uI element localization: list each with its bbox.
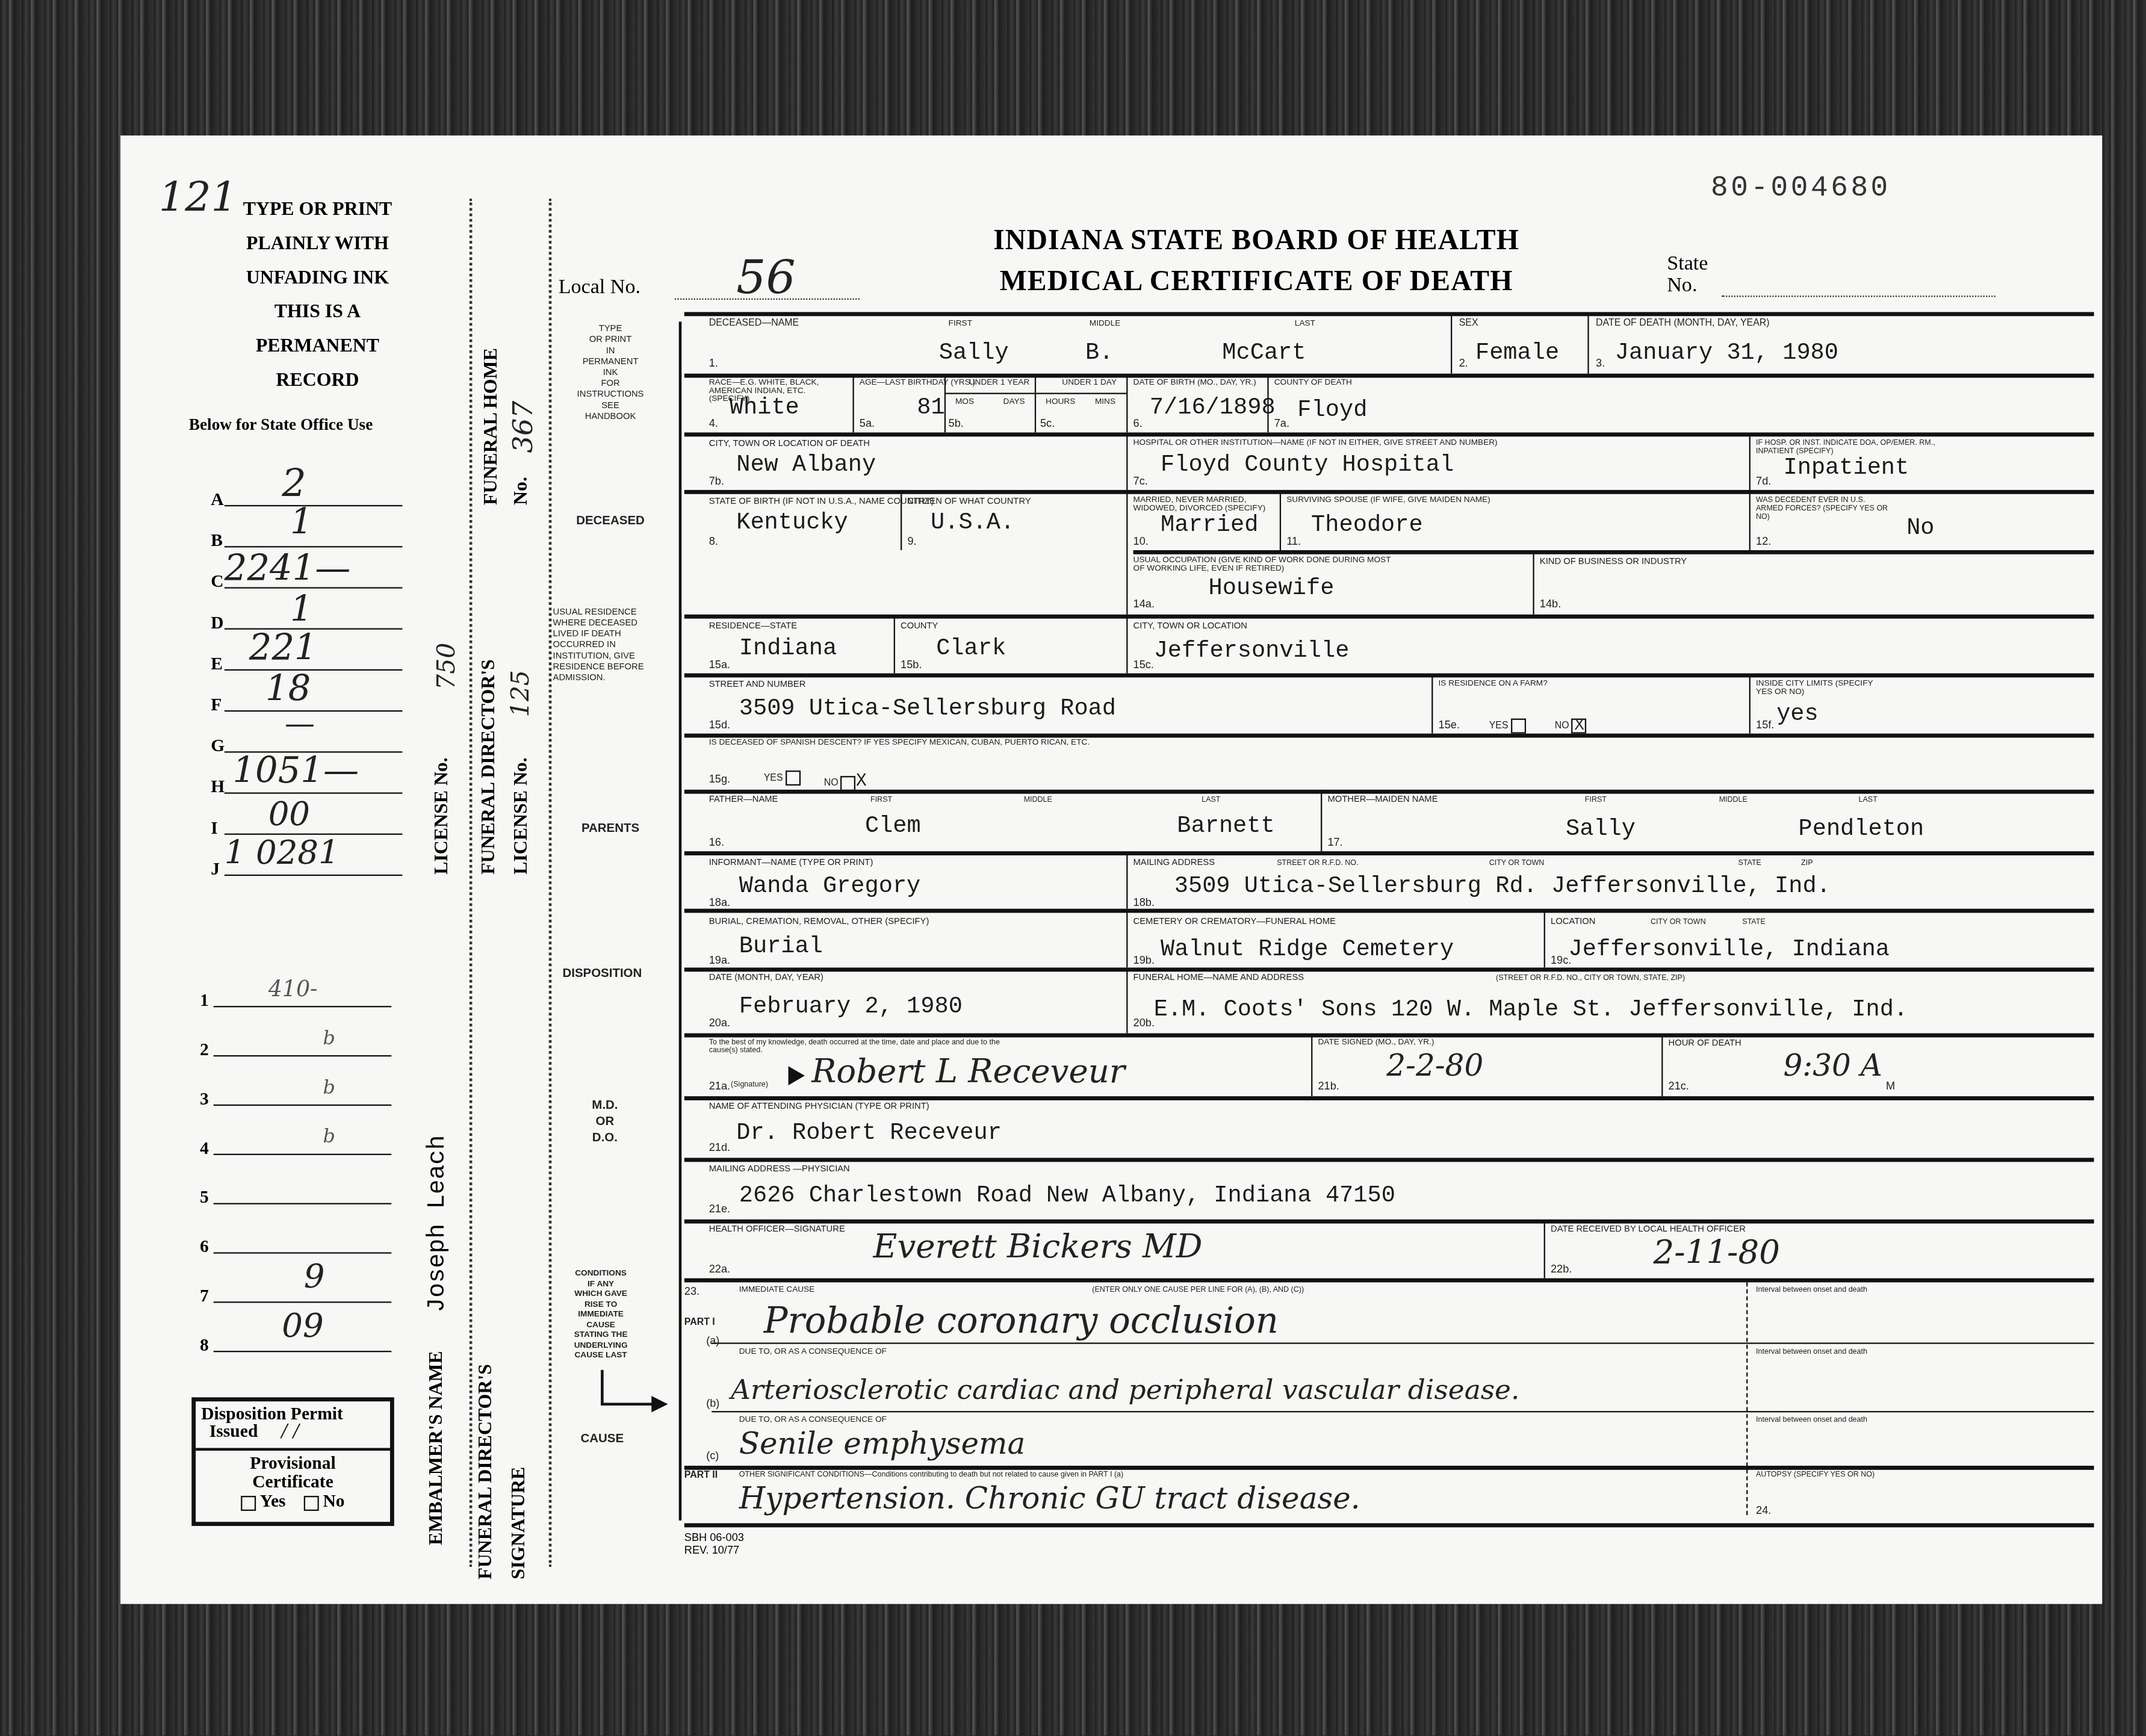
divider	[1661, 1036, 1663, 1096]
state-office-label: Below for State Office Use	[189, 415, 373, 435]
no-label: NO	[824, 779, 839, 789]
father-first-name[interactable]: Clem	[865, 814, 921, 840]
rule	[684, 1034, 2094, 1038]
label-line: FOR	[556, 379, 665, 390]
code-key: A	[211, 489, 223, 510]
num-key: 1	[200, 990, 209, 1011]
funeral-home-no-label: No.	[512, 477, 533, 505]
field-num: 15d.	[709, 719, 730, 731]
fd-license-label: FUNERAL DIRECTOR'S	[479, 659, 501, 875]
field-num: 7d.	[1756, 475, 1771, 487]
divider	[1280, 492, 1281, 550]
arrow-right-icon	[651, 1396, 668, 1412]
mos-label: MOS	[955, 398, 974, 407]
field-num: 1.	[709, 357, 718, 369]
interval-divider	[1746, 1282, 1749, 1515]
state-label: State	[1667, 253, 1708, 275]
other-conditions-value[interactable]: Hypertension. Chronic GU tract disease.	[739, 1482, 1360, 1516]
form-left-border	[679, 321, 682, 1521]
res-state-label: RESIDENCE—STATE	[709, 621, 797, 631]
divider	[1321, 792, 1322, 851]
provisional-yes-checkbox[interactable]	[241, 1495, 256, 1510]
code-value: 00	[268, 795, 310, 834]
date-of-death-value[interactable]: January 31, 1980	[1615, 341, 1838, 367]
certificate-label: Certificate	[196, 1472, 390, 1492]
num-line	[214, 1252, 392, 1253]
divider	[1126, 492, 1127, 550]
state-no-line	[1722, 296, 1996, 297]
divider	[894, 617, 895, 673]
no-label: No.	[1667, 275, 1708, 297]
city-limits-label: INSIDE CITY LIMITS (SPECIFY YES OR NO)	[1756, 680, 1879, 696]
instruction-line: TYPE OR PRINT	[194, 193, 441, 228]
field-num: 5a.	[860, 417, 875, 429]
scan-background: 121 80-004680 INDIANA STATE BOARD OF HEA…	[0, 0, 2146, 1735]
arrow-shaft	[601, 1403, 656, 1406]
state-label: STATE	[1742, 919, 1765, 927]
num-key: 8	[200, 1335, 209, 1356]
divider	[1126, 435, 1127, 490]
rule	[684, 432, 2094, 436]
arrow-stem	[601, 1370, 604, 1406]
field-num: 20b.	[1133, 1017, 1155, 1029]
fd-signature-label: FUNERAL DIRECTOR'S	[476, 1364, 498, 1579]
age-label: AGE—Last Birthday (Yrs.)	[860, 379, 975, 388]
divider	[1126, 911, 1127, 967]
county-of-death-label: COUNTY OF DEATH	[1274, 379, 1352, 388]
field-num: 19a.	[709, 954, 730, 966]
code-line	[225, 546, 403, 547]
field-num: 24.	[1756, 1504, 1771, 1516]
field-num: 23.	[684, 1285, 699, 1297]
am-pm-suffix: M	[1886, 1080, 1895, 1092]
num-line	[214, 1203, 392, 1204]
part-1-label: PART I	[684, 1318, 715, 1327]
label-line: CAUSE LAST	[550, 1352, 651, 1362]
label-line: ADMISSION.	[553, 674, 671, 684]
divider	[1126, 376, 1127, 432]
embalmer-name: Joseph Leach	[424, 1135, 451, 1313]
rule	[684, 909, 2094, 913]
num-value: b	[323, 1126, 335, 1148]
informant-address-value[interactable]: 3509 Utica-Sellersburg Rd. Jeffersonvill…	[1174, 875, 1831, 901]
mother-label: MOTHER—MAIDEN NAME	[1327, 795, 1437, 805]
farm-label: IS RESIDENCE ON A FARM?	[1439, 680, 1548, 689]
code-key: C	[211, 571, 223, 592]
field-num: 7b.	[709, 475, 724, 487]
cemetery-label: CEMETERY OR CREMATORY—FUNERAL HOME	[1133, 917, 1336, 926]
form-number: SBH 06-003	[684, 1531, 744, 1543]
res-city-label: CITY, TOWN OR LOCATION	[1133, 621, 1247, 631]
health-officer-signature[interactable]: Everett Bickers MD	[873, 1227, 1203, 1266]
code-value: —	[285, 707, 315, 742]
field-num: 21b.	[1318, 1080, 1339, 1092]
funeral-home-value[interactable]: E.M. Coots' Sons 120 W. Maple St. Jeffer…	[1154, 997, 1908, 1023]
disposition-section-label: DISPOSITION	[547, 966, 657, 980]
physician-address-label: MAILING ADDRESS —PHYSICIAN	[709, 1165, 850, 1174]
num-line	[214, 1154, 392, 1155]
num-line	[214, 1351, 392, 1352]
spanish-no-option[interactable]: NO X	[824, 770, 867, 791]
marital-value[interactable]: Married	[1161, 513, 1258, 539]
label-line: D.O.	[550, 1129, 660, 1145]
first-label: FIRST	[1585, 796, 1607, 805]
mailing-address-label: MAILING ADDRESS	[1133, 858, 1215, 868]
farm-no-option[interactable]: NO X	[1555, 719, 1587, 734]
code-value: 2241—	[225, 549, 351, 590]
label-line: HANDBOOK	[556, 412, 665, 423]
rule	[684, 490, 2094, 494]
disposition-date-value[interactable]: February 2, 1980	[739, 995, 963, 1021]
certificate-number: 80-004680	[1711, 174, 1891, 205]
permit-title: Disposition Permit	[201, 1404, 385, 1422]
label-line: OR PRINT	[556, 335, 665, 346]
code-line	[225, 505, 403, 506]
field-num: 21e.	[709, 1203, 730, 1215]
field-num: 4.	[709, 417, 718, 429]
cemetery-value[interactable]: Walnut Ridge Cemetery	[1161, 937, 1454, 963]
sex-value[interactable]: Female	[1475, 341, 1559, 367]
cause-c-value[interactable]: Senile emphysema	[739, 1427, 1026, 1462]
embalmer-label: EMBALMER'S NAME	[427, 1351, 448, 1545]
informant-label: INFORMANT—NAME (Type or print)	[709, 858, 873, 868]
divider	[1749, 676, 1751, 733]
interval-label: Interval between onset and death	[1756, 1286, 1867, 1295]
citizen-label: CITIZEN OF WHAT COUNTRY	[907, 497, 1031, 506]
field-num: 14b.	[1540, 598, 1561, 610]
divider	[1587, 315, 1589, 374]
code-value: 2	[282, 461, 306, 506]
num-line	[214, 1006, 392, 1007]
divider	[1533, 553, 1534, 615]
first-label: FIRST	[870, 796, 892, 805]
fd-license-no-label: LICENSE No.	[512, 757, 533, 875]
city-limits-value[interactable]: yes	[1776, 702, 1819, 728]
instruction-line: PERMANENT	[194, 330, 441, 364]
hosp-status-value[interactable]: Inpatient	[1784, 456, 1909, 482]
rule	[684, 1220, 2094, 1224]
spouse-value[interactable]: Theodore	[1311, 513, 1423, 539]
date-signed-value[interactable]: 2-2-80	[1386, 1050, 1483, 1084]
label-line: IN	[556, 346, 665, 357]
form-title-line1: INDIANA STATE BOARD OF HEALTH	[901, 223, 1612, 258]
fd-license-no: 125	[506, 670, 535, 717]
armed-forces-value[interactable]: No	[1906, 516, 1934, 542]
divider	[1126, 550, 1127, 615]
disposition-type-value[interactable]: Burial	[739, 935, 823, 961]
spouse-label: SURVIVING SPOUSE (If wife, give maiden n…	[1286, 497, 1490, 505]
field-num: 15g.	[709, 773, 730, 786]
location-value[interactable]: Jeffersonville, Indiana	[1569, 937, 1890, 963]
disposition-type-label: BURIAL, CREMATION, REMOVAL, OTHER (Speci…	[709, 917, 929, 926]
instruction-line: THIS IS A	[194, 296, 441, 330]
label-line: WHERE DECEASED	[553, 619, 671, 630]
deceased-last-name[interactable]: McCart	[1222, 341, 1306, 367]
divider	[1431, 676, 1433, 733]
informant-value[interactable]: Wanda Gregory	[739, 875, 921, 901]
label-line: RESIDENCE BEFORE	[553, 662, 671, 673]
label-line: TYPE	[556, 324, 665, 335]
field-num: 21a.	[709, 1080, 730, 1092]
divider	[852, 376, 854, 432]
date-signed-label: DATE SIGNED (Mo., Day, Yr.)	[1318, 1039, 1434, 1047]
due-to-label: DUE TO, OR AS A CONSEQUENCE OF	[739, 1416, 887, 1425]
rule	[684, 1524, 2094, 1528]
city-of-death-label: CITY, TOWN OR LOCATION OF DEATH	[709, 439, 870, 449]
code-key: D	[211, 612, 223, 633]
cause-instruction: (ENTER ONLY ONE CAUSE PER LINE FOR (a), …	[1092, 1286, 1304, 1295]
sex-label: SEX	[1459, 319, 1478, 329]
race-value[interactable]: White	[730, 395, 799, 421]
signature-label: (Signature)	[731, 1081, 768, 1090]
form-id: SBH 06-003 REV. 10/77	[684, 1531, 744, 1556]
date-received-value[interactable]: 2-11-80	[1654, 1233, 1780, 1272]
field-num: 15e.	[1439, 719, 1460, 731]
rule	[684, 1466, 2094, 1470]
code-line	[225, 875, 403, 876]
provisional-no-checkbox[interactable]	[303, 1495, 318, 1510]
label-line: OCCURRED IN	[553, 640, 671, 651]
field-num: 15a.	[709, 659, 730, 671]
age-value[interactable]: 81	[917, 395, 944, 421]
field-num: 15b.	[901, 659, 922, 671]
num-key: 3	[200, 1088, 209, 1110]
under-1-year-label: UNDER 1 YEAR	[969, 379, 1030, 388]
num-key: 2	[200, 1039, 209, 1061]
divider	[1035, 376, 1036, 432]
code-key: E	[211, 653, 223, 675]
divider	[1126, 970, 1127, 1034]
field-num: 16.	[709, 836, 724, 848]
res-county-label: COUNTY	[901, 621, 938, 631]
signature-label: SIGNATURE	[509, 1467, 531, 1579]
num-value: b	[323, 1028, 335, 1049]
sign-here-arrow-icon	[789, 1066, 805, 1085]
field-num: 8.	[709, 535, 718, 547]
field-num: 10.	[1133, 535, 1149, 547]
label-line: INSTRUCTIONS	[556, 390, 665, 401]
citizen-value[interactable]: U.S.A.	[931, 510, 1014, 536]
num-key: 6	[200, 1236, 209, 1257]
hour-of-death-value[interactable]: 9:30 A	[1784, 1050, 1882, 1084]
label-line: IF ANY	[550, 1280, 651, 1291]
rule	[684, 674, 2094, 678]
divider	[901, 492, 902, 550]
field-num: 12.	[1756, 535, 1771, 547]
cause-section-label: CAUSE	[547, 1431, 657, 1445]
num-line	[214, 1105, 392, 1106]
state-of-birth-value[interactable]: Kentucky	[736, 510, 848, 536]
occupation-label: USUAL OCCUPATION (Give kind of work done…	[1133, 557, 1394, 573]
other-conditions-label: OTHER SIGNIFICANT CONDITIONS—Conditions …	[739, 1471, 1123, 1480]
rule	[684, 967, 2094, 972]
label-line: RISE TO	[550, 1301, 651, 1311]
county-of-death-value[interactable]: Floyd	[1297, 398, 1367, 424]
divider	[1126, 854, 1127, 909]
field-num: 15f.	[1756, 719, 1774, 731]
last-label: LAST	[1295, 320, 1315, 329]
res-city-value[interactable]: Jeffersonville	[1154, 639, 1350, 665]
city-of-death-value[interactable]: New Albany	[736, 453, 876, 479]
spanish-no-checkbox[interactable]	[841, 775, 856, 790]
days-label: DAYS	[1003, 398, 1025, 407]
divider	[1126, 617, 1127, 673]
spanish-yes-option[interactable]: YES	[764, 770, 801, 786]
label-line: IMMEDIATE	[550, 1311, 651, 1321]
field-num: 22a.	[709, 1263, 730, 1276]
hospital-value[interactable]: Floyd County Hospital	[1161, 453, 1454, 479]
business-label: KIND OF BUSINESS OR INDUSTRY	[1540, 557, 1687, 566]
code-key: I	[211, 817, 218, 839]
occupation-value[interactable]: Housewife	[1209, 576, 1335, 602]
res-county-value[interactable]: Clark	[936, 636, 1006, 662]
divider	[944, 376, 946, 432]
dob-value[interactable]: 7/16/1898	[1150, 395, 1276, 421]
num-value: 9	[304, 1257, 325, 1296]
deceased-middle-name[interactable]: B.	[1085, 341, 1113, 367]
spanish-yes-checkbox[interactable]	[786, 770, 801, 786]
code-key: B	[211, 530, 223, 551]
middle-label: MIDDLE	[1024, 796, 1052, 805]
res-street-value[interactable]: 3509 Utica-Sellersburg Road	[739, 696, 1116, 722]
hour-of-death-label: HOUR OF DEATH	[1669, 1039, 1741, 1049]
num-line	[214, 1055, 392, 1056]
field-num: 14a.	[1133, 598, 1155, 610]
field-num: 5c.	[1040, 417, 1055, 429]
physician-name-value[interactable]: Dr. Robert Receveur	[736, 1121, 1002, 1147]
field-num: 7c.	[1133, 475, 1148, 487]
code-value: 1 0281	[225, 834, 340, 872]
farm-no-checkbox[interactable]: X	[1572, 719, 1587, 734]
field-num: 9.	[907, 535, 916, 547]
deceased-name-label: DECEASED—NAME	[709, 319, 799, 329]
field-num: 5b.	[949, 417, 964, 429]
provisional-label: Provisional	[196, 1454, 390, 1473]
due-to-label: DUE TO, OR AS A CONSEQUENCE OF	[739, 1348, 887, 1356]
cause-a-value[interactable]: Probable coronary occlusion	[764, 1301, 1279, 1342]
hours-label: HOURS	[1046, 398, 1075, 407]
conditions-note: CONDITIONSIF ANYWHICH GAVERISE TOIMMEDIA…	[550, 1270, 651, 1362]
farm-yes-checkbox[interactable]	[1511, 719, 1526, 734]
label-line: INK	[556, 368, 665, 379]
code-key: F	[211, 694, 222, 716]
field-num: 21c.	[1669, 1080, 1689, 1092]
code-key: J	[211, 858, 220, 880]
cause-b-value[interactable]: Arteriosclerotic cardiac and peripheral …	[731, 1372, 1519, 1406]
date-of-death-label: DATE OF DEATH (MONTH, DAY, YEAR)	[1596, 319, 1770, 329]
hosp-status-label: IF HOSP. OR INST. Indicate DOA, OP/Emer.…	[1756, 439, 1955, 456]
usual-residence-note: USUAL RESIDENCEWHERE DECEASEDLIVED IF DE…	[553, 607, 671, 684]
code-line	[225, 792, 403, 793]
mother-first-name[interactable]: Sally	[1566, 817, 1636, 843]
under-1-day-label: UNDER 1 DAY	[1062, 379, 1117, 388]
funeral-home-no: 367	[506, 401, 539, 453]
farm-yes-option[interactable]: YES	[1489, 719, 1526, 734]
res-street-label: STREET AND NUMBER	[709, 680, 806, 690]
middle-label: MIDDLE	[1090, 320, 1121, 329]
divider	[1267, 376, 1268, 432]
label-line: SEE	[556, 401, 665, 412]
last-label: LAST	[1202, 796, 1220, 805]
certifier-signature[interactable]: Robert L Receveur	[811, 1052, 1125, 1091]
label-line: USUAL RESIDENCE	[553, 607, 671, 618]
divider	[1544, 911, 1545, 967]
num-value: 09	[282, 1307, 323, 1345]
location-label: LOCATION	[1551, 917, 1595, 926]
field-num: 7a.	[1274, 417, 1289, 429]
immediate-cause-label: IMMEDIATE CAUSE	[739, 1286, 815, 1295]
label-line: M.D.	[550, 1096, 660, 1112]
funeral-home-sublabel: (STREET OR R.F.D. NO., CITY OR TOWN, STA…	[1496, 975, 1685, 983]
hospital-label: HOSPITAL OR OTHER INSTITUTION—Name (If n…	[1133, 439, 1498, 448]
deceased-first-name[interactable]: Sally	[939, 341, 1009, 367]
field-num: 2.	[1459, 357, 1468, 369]
divider	[1311, 1036, 1312, 1096]
label-line: INSTITUTION, GIVE	[553, 651, 671, 662]
physician-address-value[interactable]: 2626 Charlestown Road New Albany, Indian…	[739, 1184, 1395, 1210]
spanish-label: IS DECEASED OF SPANISH DESCENT? IF YES S…	[709, 739, 1090, 748]
field-num: 11.	[1286, 535, 1301, 547]
rule	[684, 615, 2094, 619]
part-2-label: PART II	[684, 1471, 718, 1481]
instruction-line: PLAINLY WITH	[194, 227, 441, 261]
father-label: FATHER—NAME	[709, 795, 778, 805]
father-last-name[interactable]: Barnett	[1177, 814, 1274, 840]
disposition-date-label: DATE (MONTH, DAY, YEAR)	[709, 973, 823, 983]
field-num: 6.	[1133, 417, 1143, 429]
death-certificate: 121 80-004680 INDIANA STATE BOARD OF HEA…	[120, 135, 2102, 1604]
physician-name-label: NAME OF ATTENDING PHYSICIAN (Type or Pri…	[709, 1102, 929, 1111]
label-line: UNDERLYING	[550, 1342, 651, 1352]
rule	[684, 851, 2094, 855]
first-label: FIRST	[949, 320, 972, 329]
label-line: PERMANENT	[556, 357, 665, 368]
code-value: 1051—	[233, 751, 359, 792]
license-no: 750	[432, 643, 461, 690]
funeral-home-label: FUNERAL HOME	[482, 348, 503, 505]
label-line: OR	[550, 1112, 660, 1129]
mother-last-name[interactable]: Pendleton	[1799, 817, 1924, 843]
street-label: STREET OR R.F.D. NO.	[1277, 860, 1358, 868]
rule	[684, 734, 2094, 738]
num-key: 4	[200, 1137, 209, 1159]
autopsy-label: AUTOPSY (Specify Yes or No)	[1756, 1471, 1875, 1480]
label-line: CAUSE	[550, 1321, 651, 1331]
code-key: G	[211, 735, 225, 757]
issued-value: / /	[282, 1422, 299, 1442]
rule	[684, 790, 2094, 794]
rule	[1133, 550, 2094, 554]
res-state-value[interactable]: Indiana	[739, 636, 837, 662]
state-label: STATE	[1738, 860, 1761, 868]
no-label: NO	[1555, 722, 1569, 731]
rule	[684, 1279, 2094, 1283]
instructions-block: TYPE OR PRINT PLAINLY WITH UNFADING INK …	[194, 193, 441, 398]
zip-label: ZIP	[1801, 860, 1813, 868]
label-line: CONDITIONS	[550, 1270, 651, 1280]
city-label: CITY OR TOWN	[1489, 860, 1545, 868]
rule	[684, 312, 2094, 316]
last-label: LAST	[1859, 796, 1878, 805]
rule	[712, 1411, 2094, 1412]
field-num: 19b.	[1133, 954, 1155, 966]
local-no-label: Local No.	[559, 276, 640, 300]
num-value: b	[323, 1077, 335, 1099]
label-line: STATING THE	[550, 1331, 651, 1342]
field-num: 20a.	[709, 1017, 730, 1029]
field-num: 18b.	[1133, 896, 1155, 908]
divider	[1749, 492, 1751, 550]
